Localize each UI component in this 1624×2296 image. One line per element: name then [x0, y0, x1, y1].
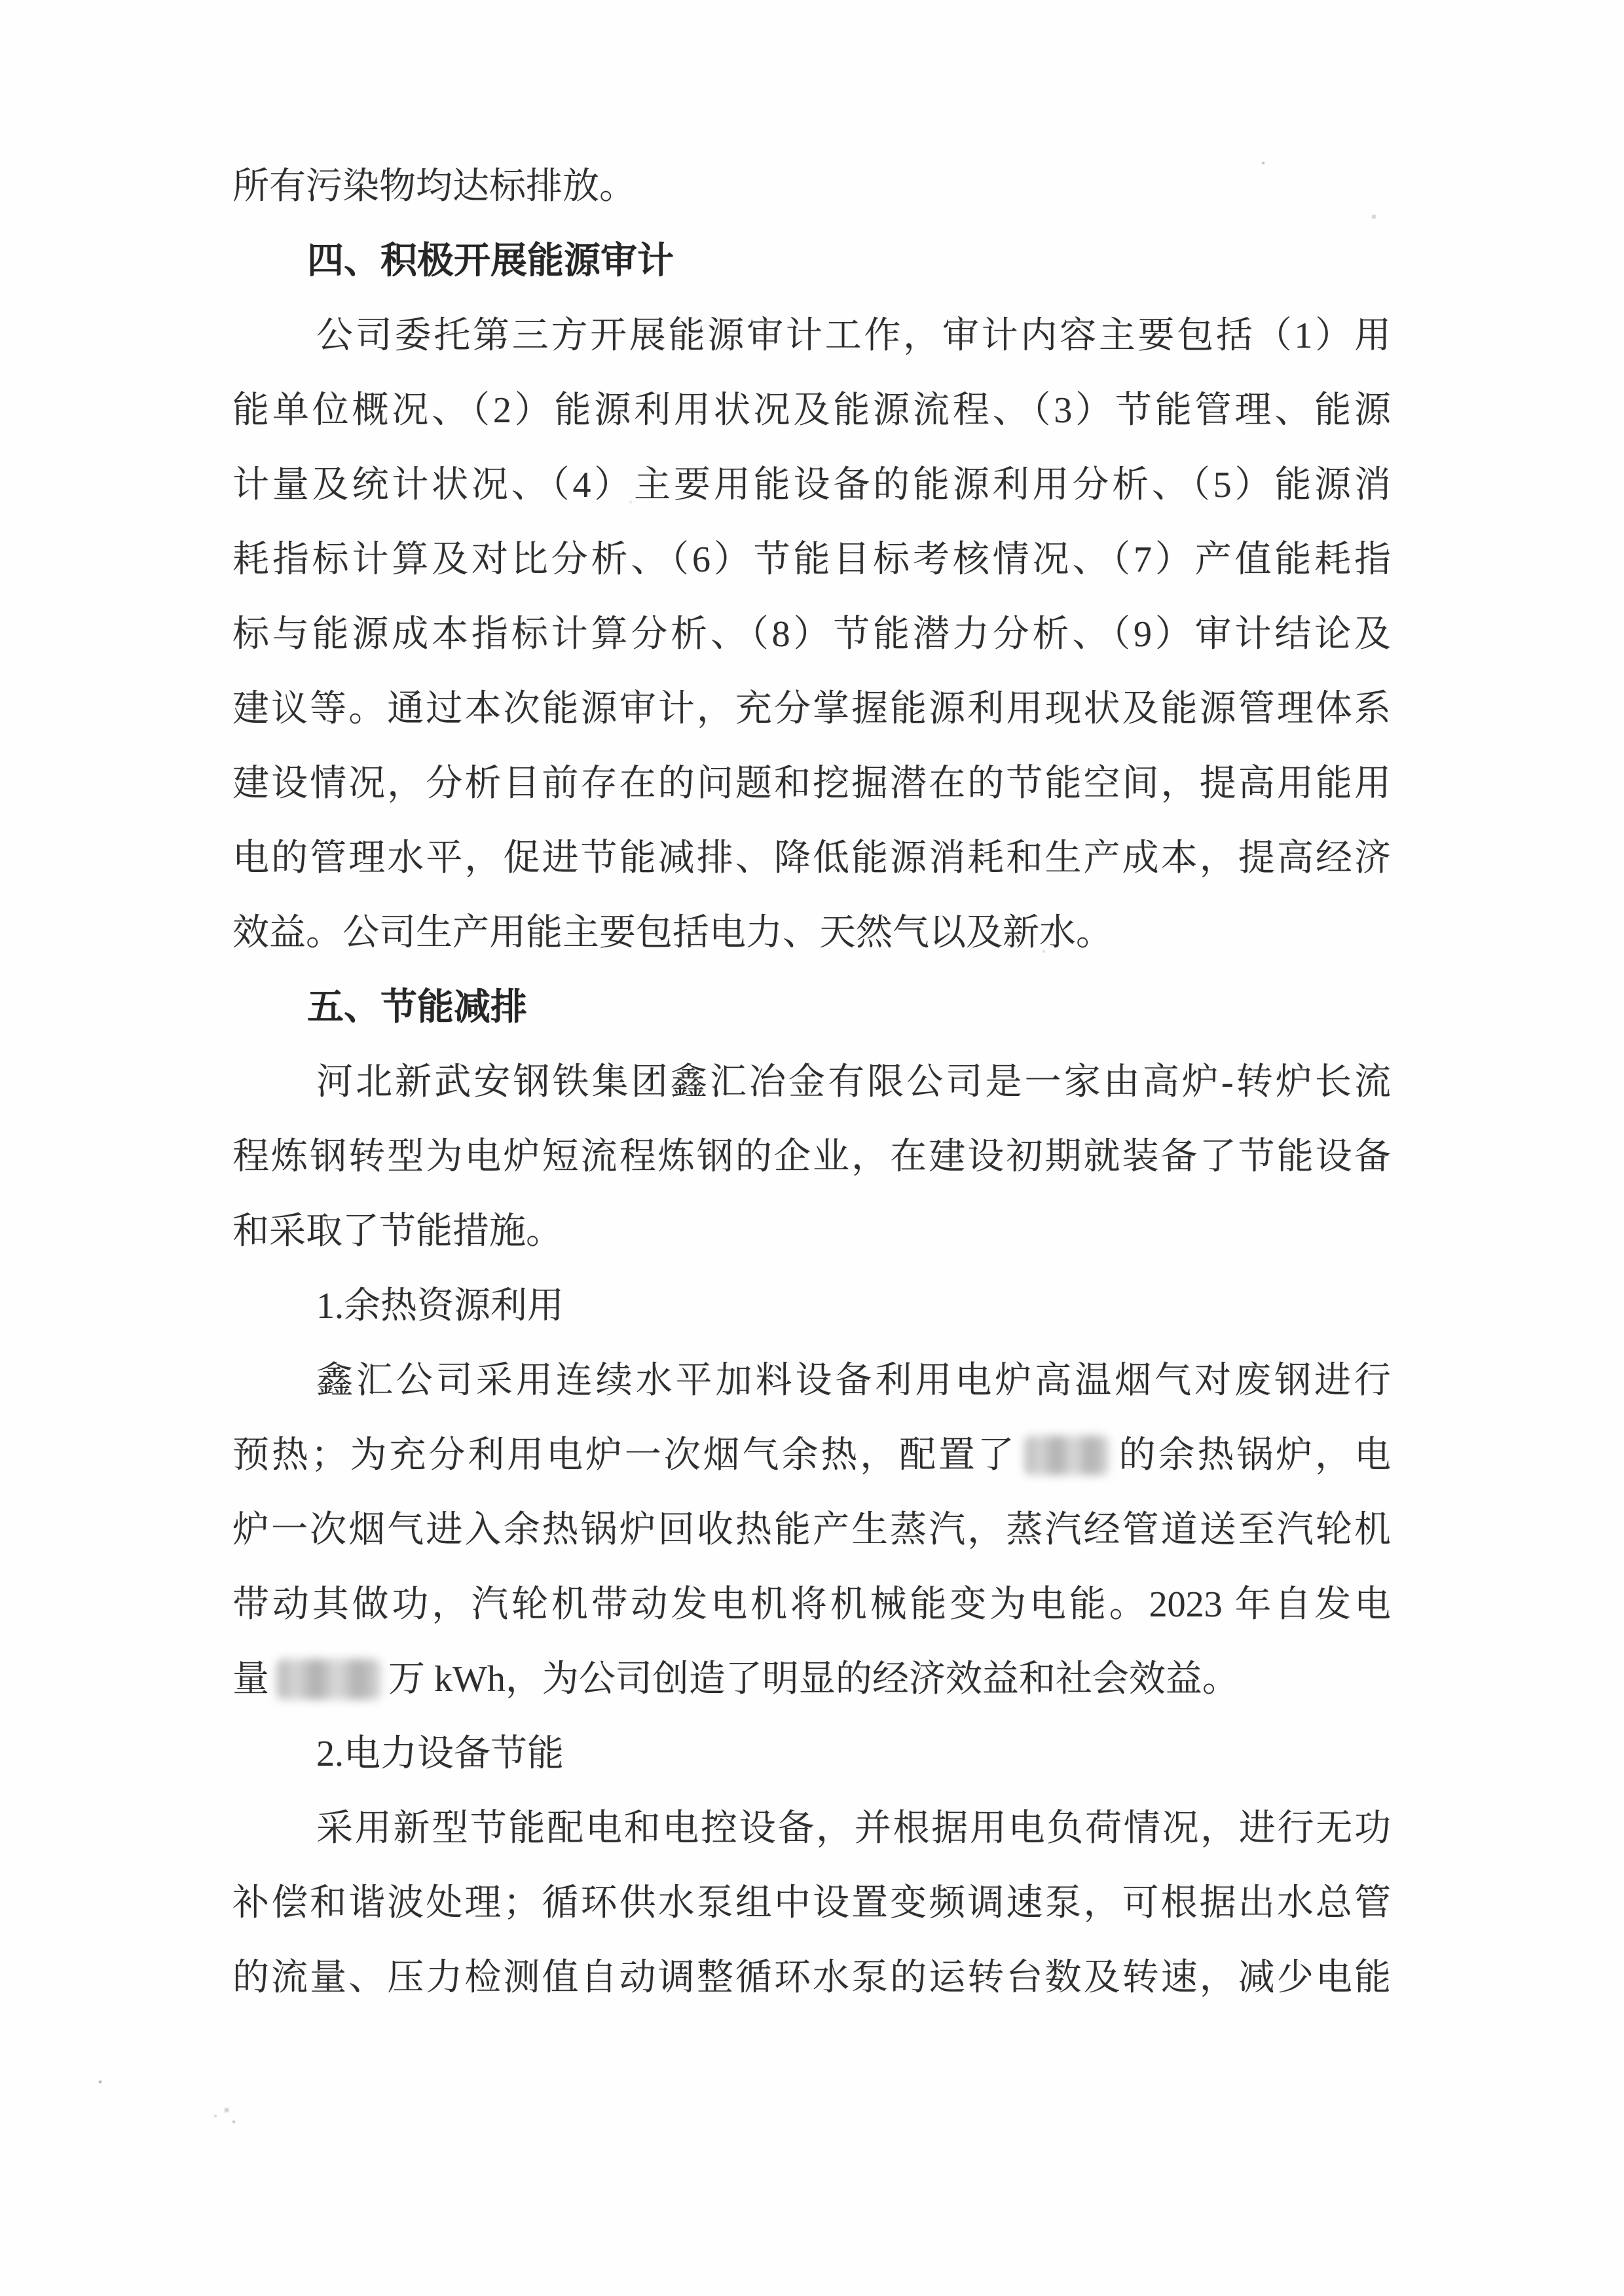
- text-line: 炉一次烟气进入余热锅炉回收热能产生蒸汽，蒸汽经管道送至汽轮机: [232, 1493, 1391, 1567]
- text-line: 河北新武安钢铁集团鑫汇冶金有限公司是一家由高炉-转炉长流: [232, 1045, 1391, 1120]
- text-run: 补偿和谐波处理；循环供水泵组中设置变频调速泵，可根据出水总管: [232, 1883, 1391, 1923]
- text-run: 标与能源成本指标计算分析、（8）节能潜力分析、（9）审计结论及: [232, 614, 1391, 655]
- text-run: 能单位概况、（2）能源利用状况及能源流程、（3）节能管理、能源: [232, 390, 1391, 431]
- text-line: 和采取了节能措施。: [232, 1194, 1391, 1269]
- text-run: 鑫汇公司采用连续水平加料设备利用电炉高温烟气对废钢进行: [316, 1360, 1391, 1401]
- text-line: 补偿和谐波处理；循环供水泵组中设置变频调速泵，可根据出水总管: [232, 1866, 1391, 1941]
- text-run: 1.余热资源利用: [316, 1286, 564, 1326]
- text-run: 计量及统计状况、（4）主要用能设备的能源利用分析、（5）能源消: [232, 465, 1391, 505]
- scan-noise-specks: [0, 0, 1, 1]
- text-run: 电的管理水平，促进节能减排、降低能源消耗和生产成本，提高经济: [232, 838, 1391, 879]
- text-run: 预热；为充分利用电炉一次烟气余热，配置了: [232, 1435, 1017, 1476]
- text-run: 河北新武安钢铁集团鑫汇冶金有限公司是一家由高炉-转炉长流: [316, 1062, 1391, 1102]
- text-run: 的流量、压力检测值自动调整循环水泵的运转台数及转速，减少电能: [232, 1958, 1391, 1998]
- text-line: 带动其做功，汽轮机带动发电机将机械能变为电能。2023 年自发电: [232, 1567, 1391, 1642]
- text-run: 建设情况，分析目前存在的问题和挖掘潜在的节能空间，提高用能用: [232, 763, 1391, 804]
- text-run: 五、节能减排: [307, 987, 527, 1028]
- text-run: 建议等。通过本次能源审计，充分掌握能源利用现状及能源管理体系: [232, 689, 1391, 729]
- text-line: 采用新型节能配电和电控设备，并根据用电负荷情况，进行无功: [232, 1791, 1391, 1866]
- text-line: 量万 kWh，为公司创造了明显的经济效益和社会效益。: [232, 1642, 1391, 1717]
- text-block: 所有污染物均达标排放。四、积极开展能源审计公司委托第三方开展能源审计工作，审计内…: [232, 149, 1391, 2015]
- text-run: 和采取了节能措施。: [232, 1211, 563, 1252]
- text-line: 公司委托第三方开展能源审计工作，审计内容主要包括（1）用: [232, 299, 1391, 373]
- text-line: 所有污染物均达标排放。: [232, 149, 1391, 224]
- text-line: 鑫汇公司采用连续水平加料设备利用电炉高温烟气对废钢进行: [232, 1343, 1391, 1418]
- text-line: 预热；为充分利用电炉一次烟气余热，配置了的余热锅炉，电: [232, 1418, 1391, 1493]
- text-run: 采用新型节能配电和电控设备，并根据用电负荷情况，进行无功: [316, 1808, 1391, 1849]
- text-line: 耗指标计算及对比分析、（6）节能目标考核情况、（7）产值能耗指: [232, 522, 1391, 597]
- text-run: 耗指标计算及对比分析、（6）节能目标考核情况、（7）产值能耗指: [232, 539, 1391, 580]
- redacted-text: [1025, 1436, 1109, 1475]
- text-run: 的余热锅炉，电: [1116, 1435, 1391, 1476]
- text-line: 1.余热资源利用: [232, 1269, 1391, 1343]
- text-run: 量: [232, 1659, 269, 1700]
- text-run: 万 kWh，为公司创造了明显的经济效益和社会效益。: [388, 1659, 1239, 1700]
- text-line: 能单位概况、（2）能源利用状况及能源流程、（3）节能管理、能源: [232, 373, 1391, 448]
- text-line: 建设情况，分析目前存在的问题和挖掘潜在的节能空间，提高用能用: [232, 746, 1391, 821]
- text-run: 2.电力设备节能: [316, 1734, 564, 1774]
- scanned-document-page: 所有污染物均达标排放。四、积极开展能源审计公司委托第三方开展能源审计工作，审计内…: [0, 0, 1624, 2296]
- text-line: 2.电力设备节能: [232, 1717, 1391, 1791]
- text-line: 程炼钢转型为电炉短流程炼钢的企业，在建设初期就装备了节能设备: [232, 1120, 1391, 1194]
- text-line: 效益。公司生产用能主要包括电力、天然气以及新水。: [232, 896, 1391, 970]
- text-line: 的流量、压力检测值自动调整循环水泵的运转台数及转速，减少电能: [232, 1941, 1391, 2015]
- text-line: 建议等。通过本次能源审计，充分掌握能源利用现状及能源管理体系: [232, 672, 1391, 746]
- text-run: 带动其做功，汽轮机带动发电机将机械能变为电能。2023 年自发电: [232, 1584, 1391, 1625]
- text-run: 效益。公司生产用能主要包括电力、天然气以及新水。: [232, 913, 1113, 953]
- text-line: 计量及统计状况、（4）主要用能设备的能源利用分析、（5）能源消: [232, 448, 1391, 522]
- redacted-text: [277, 1659, 380, 1700]
- text-run: 炉一次烟气进入余热锅炉回收热能产生蒸汽，蒸汽经管道送至汽轮机: [232, 1510, 1391, 1550]
- section-heading: 四、积极开展能源审计: [232, 224, 1391, 299]
- text-run: 程炼钢转型为电炉短流程炼钢的企业，在建设初期就装备了节能设备: [232, 1137, 1391, 1177]
- text-run: 所有污染物均达标排放。: [232, 166, 636, 207]
- text-line: 标与能源成本指标计算分析、（8）节能潜力分析、（9）审计结论及: [232, 597, 1391, 672]
- text-run: 四、积极开展能源审计: [307, 241, 674, 282]
- text-line: 电的管理水平，促进节能减排、降低能源消耗和生产成本，提高经济: [232, 821, 1391, 896]
- section-heading: 五、节能减排: [232, 970, 1391, 1045]
- text-run: 公司委托第三方开展能源审计工作，审计内容主要包括（1）用: [316, 316, 1391, 356]
